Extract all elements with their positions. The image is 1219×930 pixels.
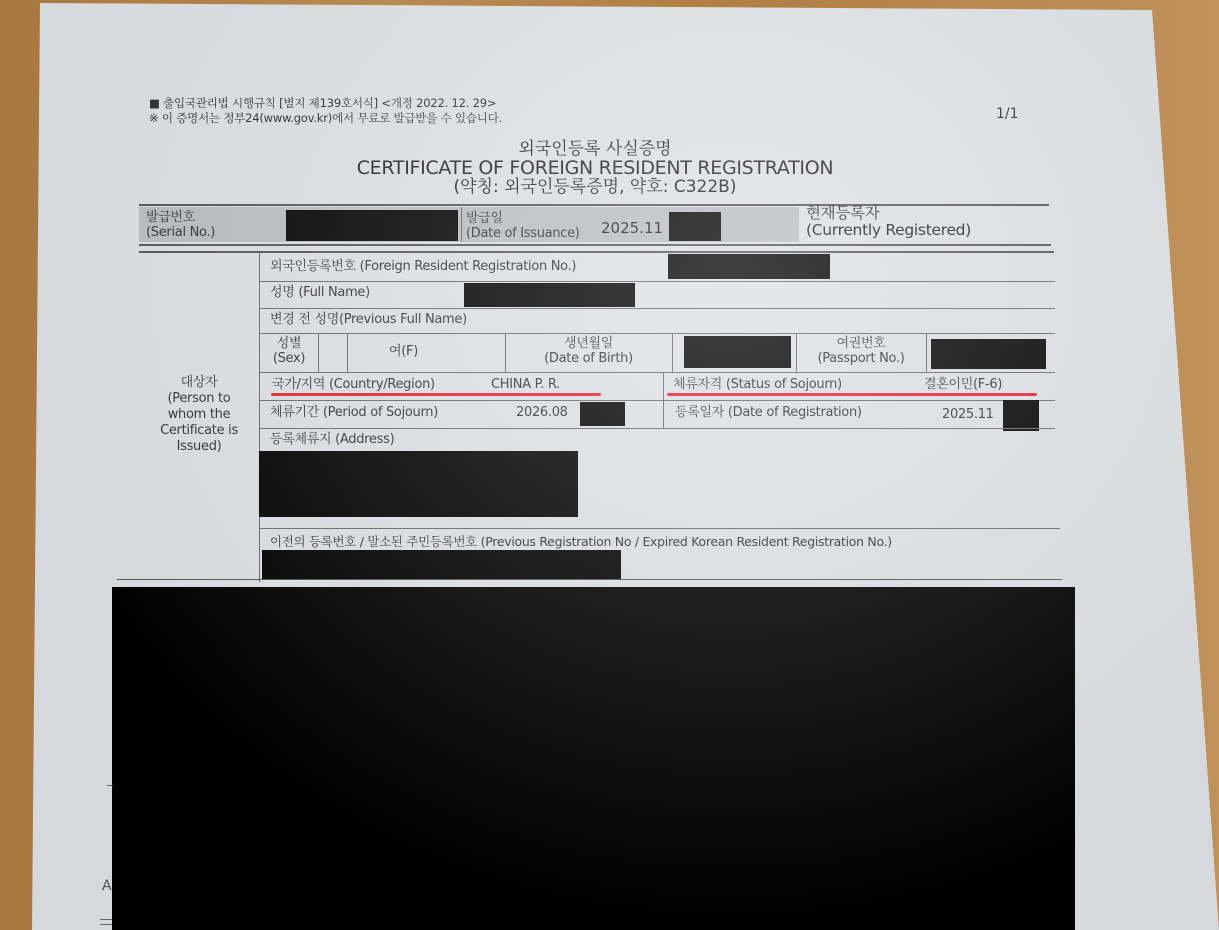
divider bbox=[663, 373, 664, 428]
subject-label: 대상자 (Person to whom the Certificate is I… bbox=[140, 375, 258, 455]
issuance-date-redacted bbox=[669, 212, 721, 241]
section-bottom-border bbox=[117, 579, 1062, 580]
registration-date-value: 2025.11 bbox=[942, 407, 994, 422]
edge-mark bbox=[100, 919, 112, 920]
subject-column-divider bbox=[259, 252, 260, 582]
registration-no-label: 외국인등록번호 (Foreign Resident Registration N… bbox=[270, 259, 576, 274]
row-divider bbox=[260, 308, 1055, 309]
country-label: 국가/지역 (Country/Region) bbox=[272, 377, 435, 392]
divider bbox=[461, 207, 462, 242]
edge-mark bbox=[107, 785, 113, 786]
serial-label: 발급번호 (Serial No.) bbox=[146, 210, 215, 240]
dob-redacted bbox=[684, 336, 791, 368]
divider bbox=[318, 334, 319, 372]
country-highlight-underline bbox=[271, 393, 601, 396]
previous-registration-redacted bbox=[262, 550, 621, 580]
lower-content-redacted bbox=[112, 587, 1075, 930]
form-reference: ■ 출입국관리법 시행규칙 [별지 제139호서식] <개정 2022. 12.… bbox=[149, 96, 502, 111]
previous-name-label: 변경 전 성명(Previous Full Name) bbox=[270, 312, 467, 327]
divider bbox=[796, 334, 797, 372]
registration-date-label: 등록일자 (Date of Registration) bbox=[675, 405, 862, 420]
header-row-band bbox=[139, 207, 799, 242]
row-divider bbox=[260, 400, 1055, 401]
row-divider bbox=[260, 372, 1055, 373]
full-name-redacted bbox=[464, 283, 635, 307]
address-label: 등록체류지 (Address) bbox=[270, 432, 394, 447]
sojourn-period-value: 2026.08 bbox=[516, 405, 568, 420]
address-redacted bbox=[259, 451, 578, 517]
title-english: CERTIFICATE OF FOREIGN RESIDENT REGISTRA… bbox=[330, 158, 860, 178]
title-korean: 외국인등록 사실증명 bbox=[330, 140, 860, 158]
certificate-title: 외국인등록 사실증명 CERTIFICATE OF FOREIGN RESIDE… bbox=[330, 140, 860, 197]
title-abbreviation: (약칭: 외국인등록증명, 약호: C322B) bbox=[330, 178, 860, 197]
section-top-border bbox=[139, 251, 1054, 253]
passport-redacted bbox=[931, 339, 1046, 369]
divider bbox=[926, 334, 927, 372]
sojourn-status-label: 체류자격 (Status of Sojourn) bbox=[673, 377, 842, 392]
edge-mark bbox=[100, 924, 112, 925]
header-bottom-border bbox=[139, 244, 1051, 246]
form-reference-block: ■ 출입국관리법 시행규칙 [별지 제139호서식] <개정 2022. 12.… bbox=[149, 96, 502, 126]
serial-value-redacted bbox=[286, 210, 458, 241]
sex-value: 여(F) bbox=[389, 344, 418, 359]
country-value: CHINA P. R. bbox=[491, 377, 560, 392]
issuance-date-value: 2025.11 bbox=[601, 219, 663, 237]
divider bbox=[505, 334, 506, 372]
sojourn-status-highlight-underline bbox=[667, 393, 1037, 396]
edge-letter-fragment: A bbox=[102, 878, 112, 894]
divider bbox=[672, 334, 673, 372]
row-divider bbox=[260, 281, 1055, 282]
sojourn-period-label: 체류기간 (Period of Sojourn) bbox=[270, 405, 438, 420]
registration-date-redacted bbox=[1003, 400, 1039, 431]
issuance-date-label: 발급일 (Date of Issuance) bbox=[466, 211, 580, 241]
previous-registration-label: 이전의 등록번호 / 말소된 주민등록번호 (Previous Registra… bbox=[270, 534, 892, 549]
page-number: 1/1 bbox=[996, 106, 1019, 122]
dob-label: 생년월일 (Date of Birth) bbox=[506, 336, 671, 366]
row-divider bbox=[260, 528, 1060, 529]
registration-no-redacted bbox=[668, 254, 830, 279]
sojourn-status-value: 결혼이민(F-6) bbox=[924, 377, 1002, 392]
row-divider bbox=[260, 428, 1055, 429]
passport-label: 여권번호 (Passport No.) bbox=[797, 336, 925, 366]
certificate-paper: ■ 출입국관리법 시행규칙 [별지 제139호서식] <개정 2022. 12.… bbox=[0, 0, 1219, 930]
sex-label: 성별 (Sex) bbox=[260, 336, 318, 366]
registration-status: 현재등록자 (Currently Registered) bbox=[806, 205, 971, 239]
sojourn-period-redacted bbox=[580, 402, 625, 426]
free-issuance-notice: ※ 이 증명서는 정부24(www.gov.kr)에서 무료로 발급받을 수 있… bbox=[149, 111, 502, 126]
row-divider bbox=[260, 333, 1055, 334]
full-name-label: 성명 (Full Name) bbox=[270, 285, 370, 300]
table-top-border bbox=[139, 204, 1049, 206]
divider bbox=[347, 334, 348, 372]
